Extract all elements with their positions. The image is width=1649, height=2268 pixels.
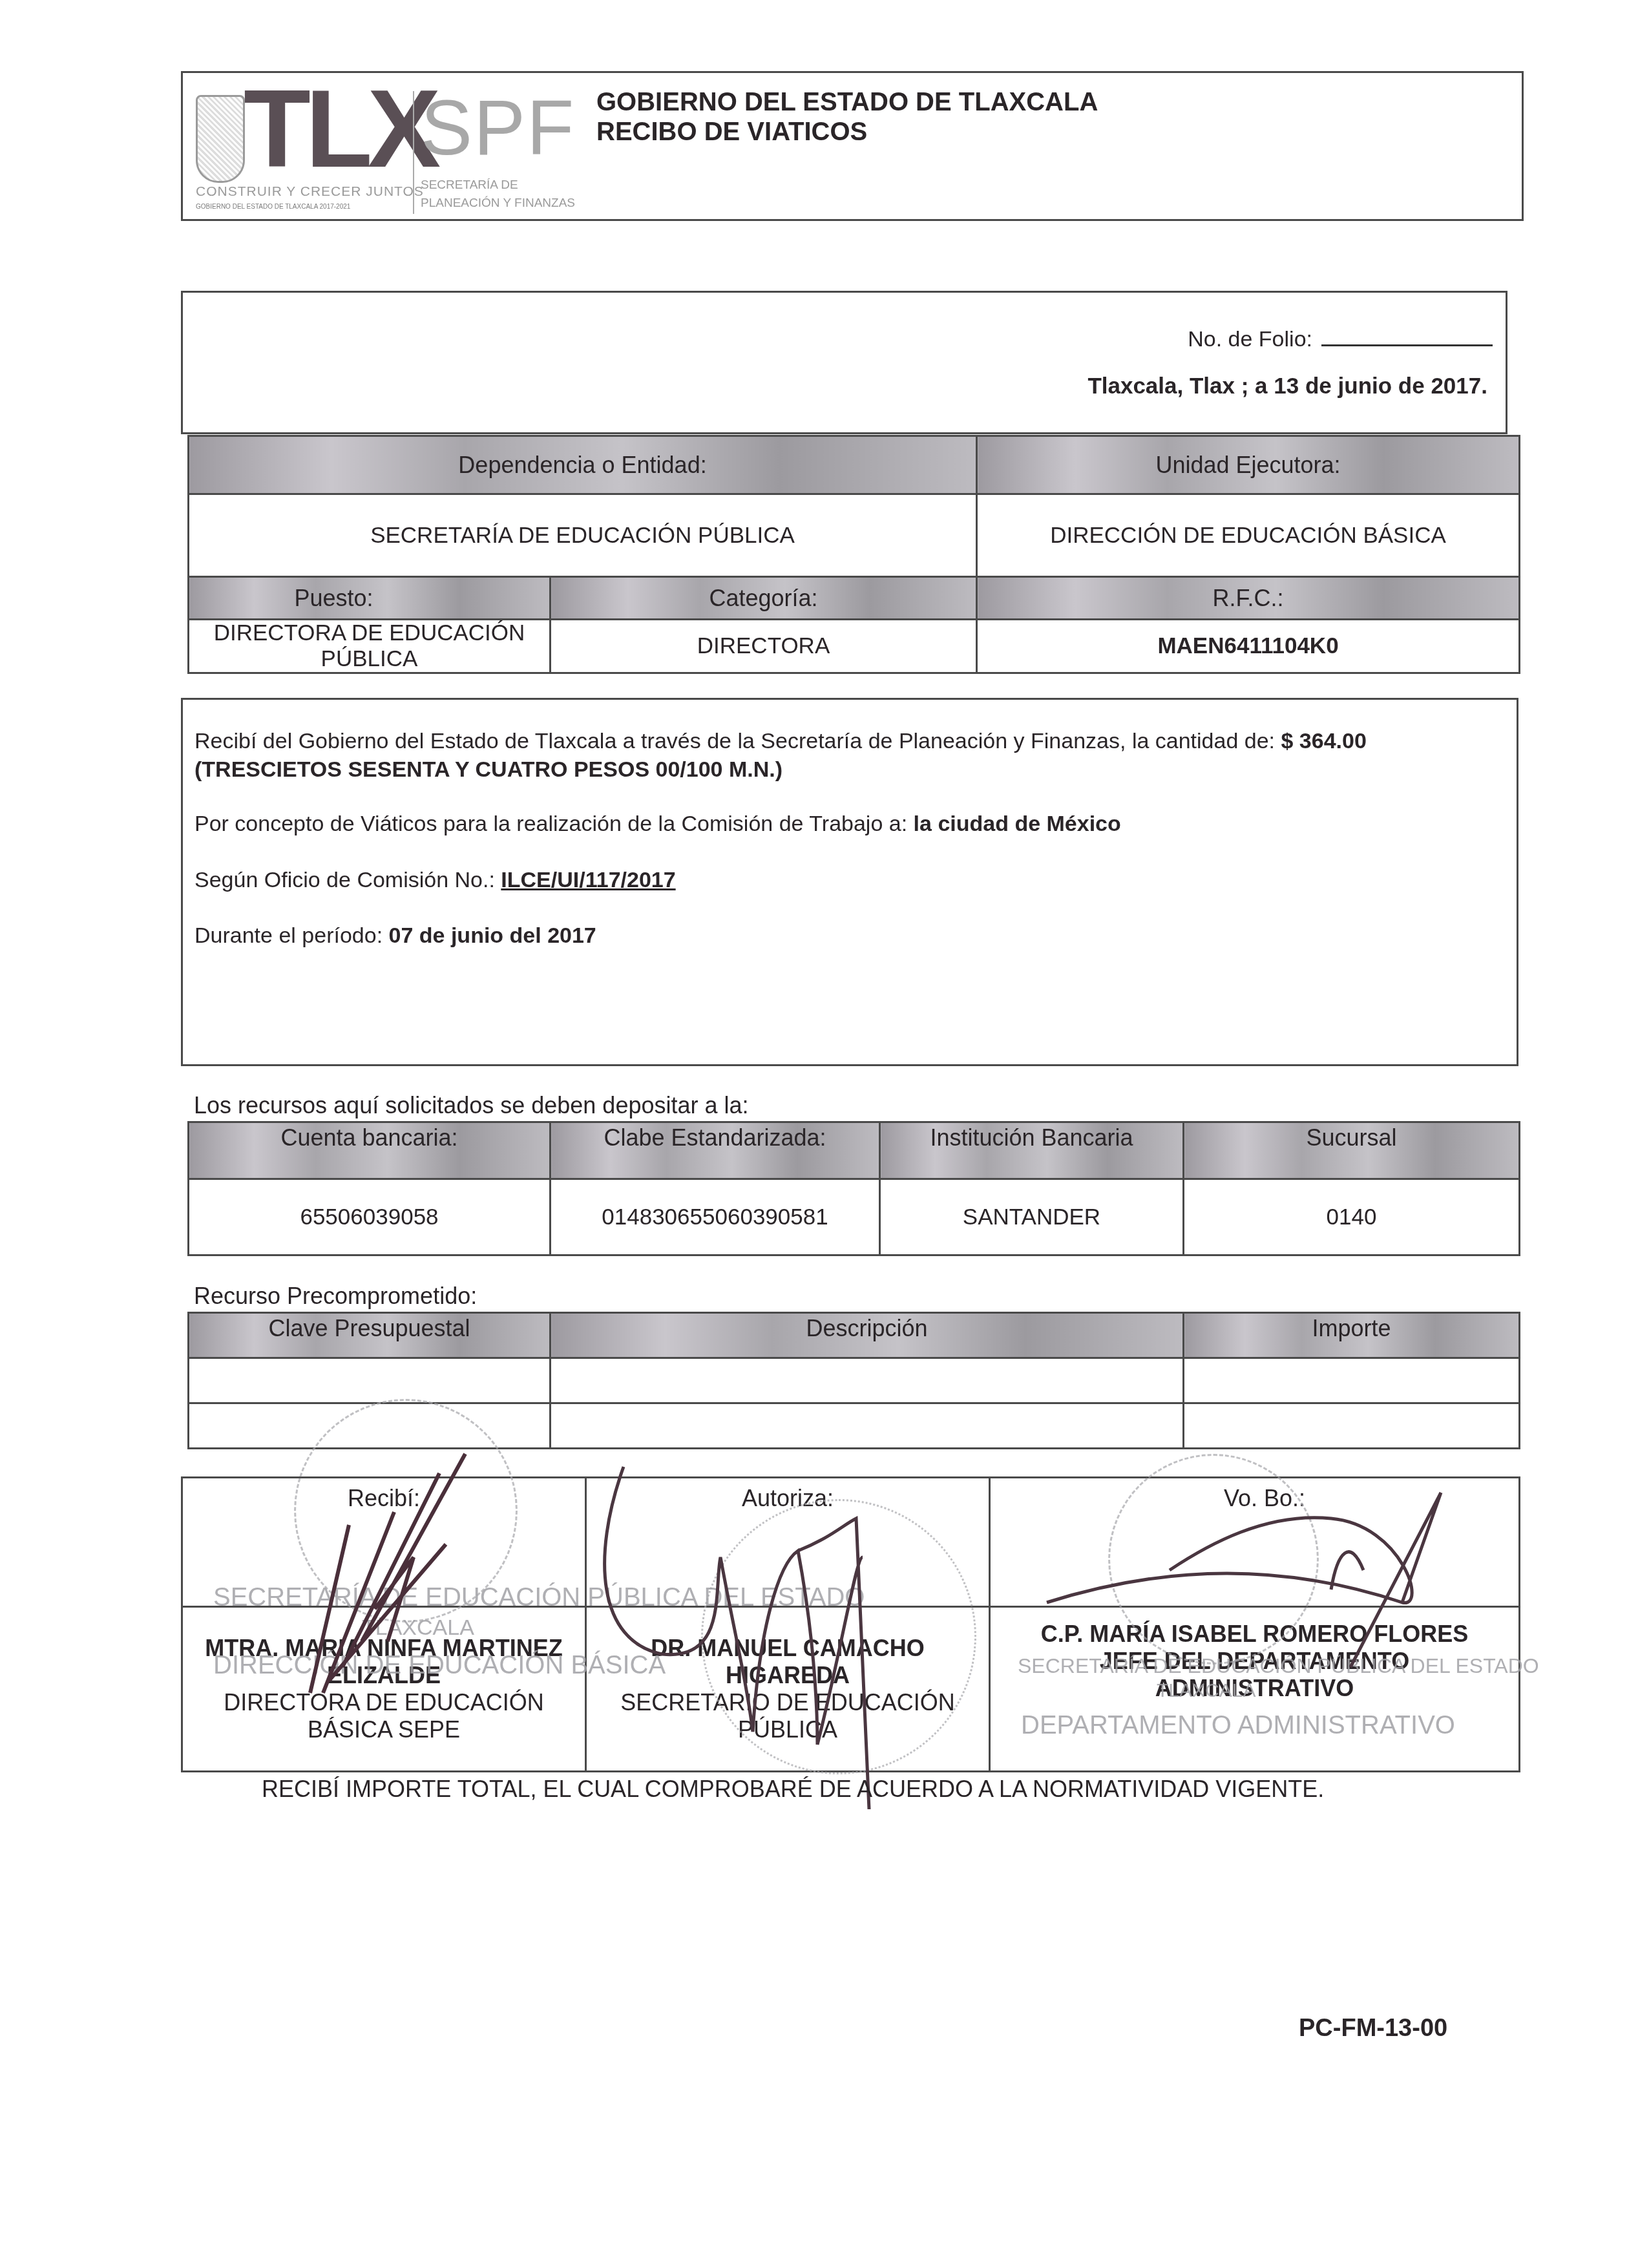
oficio-number: ILCE/UI/117/2017	[501, 868, 675, 892]
signature-autoriza-icon	[585, 1460, 972, 1822]
footer-note: RECIBÍ IMPORTE TOTAL, EL CUAL COMPROBARÉ…	[262, 1776, 1324, 1803]
value-dependencia: SECRETARÍA DE EDUCACIÓN PÚBLICA	[189, 494, 977, 577]
value-cuenta-bancaria: 65506039058	[189, 1179, 551, 1255]
cell-importe	[1184, 1358, 1520, 1403]
spf-logo: SPF SECRETARÍA DE PLANEACIÓN Y FINANZAS	[421, 81, 614, 216]
value-categoria: DIRECTORA	[551, 620, 977, 673]
header-puesto: Puesto:	[189, 577, 551, 620]
logo-divider	[413, 91, 414, 214]
value-institucion: SANTANDER	[880, 1179, 1184, 1255]
receipt-amount-line: Recibí del Gobierno del Estado de Tlaxca…	[194, 727, 1367, 755]
logo-subtitle: GOBIERNO DEL ESTADO DE TLAXCALA 2017-202…	[196, 204, 350, 211]
signature-vobo-icon	[1040, 1473, 1493, 1667]
cell-clave	[189, 1358, 551, 1403]
header-cuenta-bancaria: Cuenta bancaria:	[189, 1122, 551, 1179]
header-clabe: Clabe Estandarizada:	[551, 1122, 880, 1179]
state-shield-icon	[196, 95, 245, 183]
title-government: GOBIERNO DEL ESTADO DE TLAXCALA	[596, 87, 1098, 117]
value-unidad-ejecutora: DIRECCIÓN DE EDUCACIÓN BÁSICA	[977, 494, 1520, 577]
cell-descripcion	[551, 1403, 1184, 1449]
bank-deposit-table: Cuenta bancaria: Clabe Estandarizada: In…	[187, 1121, 1520, 1256]
concept-label: Por concepto de Viáticos para la realiza…	[194, 812, 914, 836]
folio-value	[1321, 325, 1493, 346]
receipt-body: Recibí del Gobierno del Estado de Tlaxca…	[181, 698, 1518, 1066]
stamp-tlaxcala-2: TLAXCALA	[1157, 1680, 1255, 1702]
logo-slogan: CONSTRUIR Y CRECER JUNTOS	[196, 184, 424, 200]
receipt-oficio-line: Según Oficio de Comisión No.: ILCE/UI/11…	[194, 866, 676, 894]
header-clave-presupuestal: Clave Presupuestal	[189, 1313, 551, 1358]
tlx-logo-text: TLX	[244, 74, 436, 184]
receipt-period-line: Durante el período: 07 de junio del 2017	[194, 921, 596, 950]
employee-info-table: Dependencia o Entidad: Unidad Ejecutora:…	[187, 435, 1520, 674]
value-puesto: DIRECTORA DE EDUCACIÓN PÚBLICA	[189, 620, 551, 673]
header-categoria: Categoría:	[551, 577, 977, 620]
period-value: 07 de junio del 2017	[389, 923, 596, 948]
document-title: GOBIERNO DEL ESTADO DE TLAXCALA RECIBO D…	[596, 87, 1098, 147]
header-unidad-ejecutora: Unidad Ejecutora:	[977, 436, 1520, 494]
receipt-amount: $ 364.00	[1281, 729, 1367, 753]
header-descripcion: Descripción	[551, 1313, 1184, 1358]
tlaxcala-government-logo: TLX CONSTRUIR Y CRECER JUNTOS GOBIERNO D…	[196, 81, 396, 216]
value-clabe: 014830655060390581	[551, 1179, 880, 1255]
oficio-label: Según Oficio de Comisión No.:	[194, 868, 501, 892]
period-label: Durante el período:	[194, 923, 389, 948]
cell-descripcion	[551, 1358, 1184, 1403]
header-dependencia: Dependencia o Entidad:	[189, 436, 977, 494]
spf-line1: SECRETARÍA DE	[421, 176, 575, 194]
receipt-amount-words: (TRESCIETOS SESENTA Y CUATRO PESOS 00/10…	[194, 755, 782, 784]
form-code: PC-FM-13-00	[1299, 2015, 1447, 2042]
signer1-title-line2: BÁSICA SEPE	[189, 1716, 578, 1743]
folio-field: No. de Folio:	[1188, 325, 1493, 352]
folio-label: No. de Folio:	[1188, 327, 1312, 352]
spf-logo-text: SPF	[421, 86, 575, 170]
header-sucursal: Sucursal	[1184, 1122, 1520, 1179]
document-header: TLX CONSTRUIR Y CRECER JUNTOS GOBIERNO D…	[181, 71, 1524, 221]
folio-box: No. de Folio: Tlaxcala, Tlax ; a 13 de j…	[181, 291, 1507, 434]
receipt-concept-line: Por concepto de Viáticos para la realiza…	[194, 810, 1121, 838]
destination-value: la ciudad de México	[914, 812, 1121, 836]
spf-logo-subtitle: SECRETARÍA DE PLANEACIÓN Y FINANZAS	[421, 176, 575, 213]
stamp-departamento: DEPARTAMENTO ADMINISTRATIVO	[1021, 1711, 1455, 1740]
place-date: Tlaxcala, Tlax ; a 13 de junio de 2017.	[1087, 373, 1487, 399]
table-row	[189, 1358, 1520, 1403]
title-receipt-type: RECIBO DE VIATICOS	[596, 117, 1098, 147]
value-sucursal: 0140	[1184, 1179, 1520, 1255]
value-rfc: MAEN6411104K0	[977, 620, 1520, 673]
header-rfc: R.F.C.:	[977, 577, 1520, 620]
cell-importe	[1184, 1403, 1520, 1449]
precommitted-section-label: Recurso Precomprometido:	[194, 1283, 477, 1310]
signature-recibi-icon	[246, 1447, 569, 1706]
header-importe: Importe	[1184, 1313, 1520, 1358]
bank-section-label: Los recursos aquí solicitados se deben d…	[194, 1092, 749, 1119]
header-institucion: Institución Bancaria	[880, 1122, 1184, 1179]
receipt-text: Recibí del Gobierno del Estado de Tlaxca…	[194, 729, 1281, 753]
spf-line2: PLANEACIÓN Y FINANZAS	[421, 194, 575, 213]
